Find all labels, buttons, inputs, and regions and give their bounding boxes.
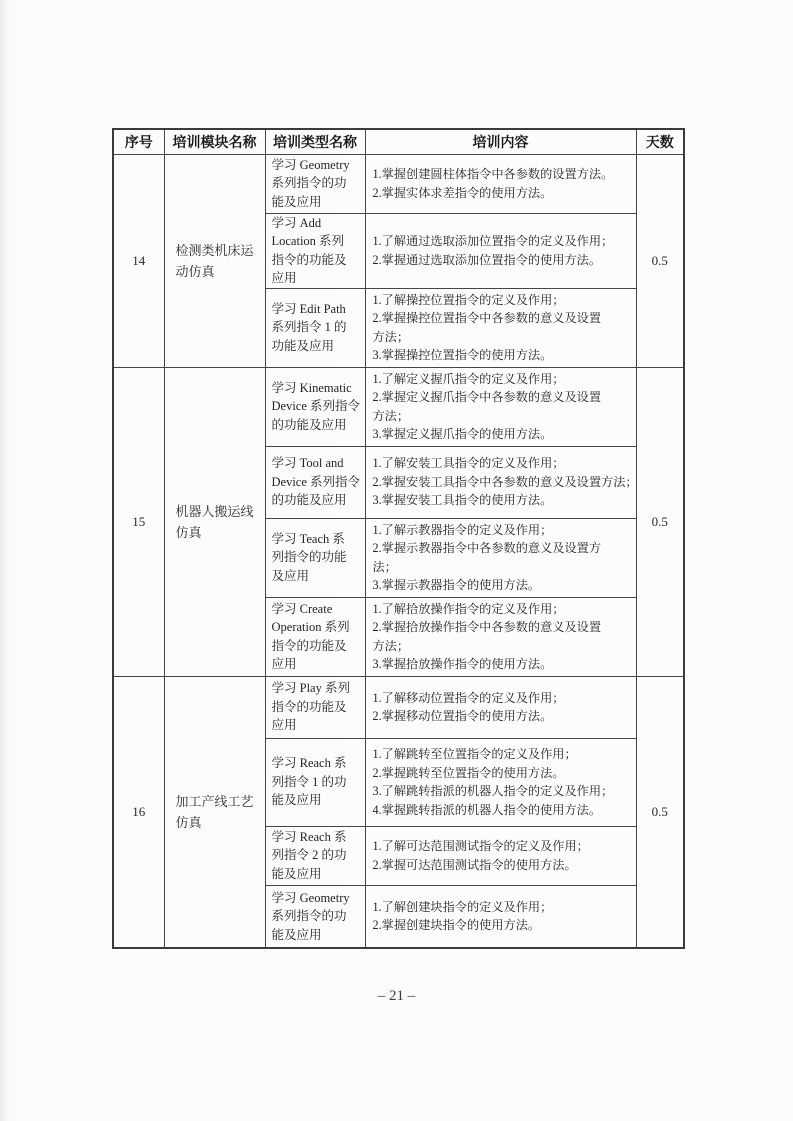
type-name: 学习 Geometry 系列指令的功 能及应用 bbox=[265, 885, 365, 948]
section-16-module-name: 加工产线工艺 仿真 bbox=[164, 676, 265, 948]
header-no: 序号 bbox=[113, 129, 164, 154]
type-name: 学习 Kinematic Device 系列指令 的功能及应用 bbox=[265, 367, 365, 446]
table-row: 14 检测类机床运 动仿真 学习 Geometry 系列指令的功 能及应用 1.… bbox=[113, 154, 684, 213]
type-name: 学习 Play 系列 指令的功能及 应用 bbox=[265, 676, 365, 738]
training-content: 1.了解可达范围测试指令的定义及作用； 2.掌握可达范围测试指令的使用方法。 bbox=[365, 826, 636, 885]
training-content: 1.了解移动位置指令的定义及作用； 2.掌握移动位置指令的使用方法。 bbox=[365, 676, 636, 738]
header-type: 培训类型名称 bbox=[265, 129, 365, 154]
type-name: 学习 Tool and Device 系列指令 的功能及应用 bbox=[265, 446, 365, 518]
type-name: 学习 Reach 系 列指令 1 的功 能及应用 bbox=[265, 738, 365, 826]
section-14-module-name: 检测类机床运 动仿真 bbox=[164, 154, 265, 367]
section-15-module-name: 机器人搬运线 仿真 bbox=[164, 367, 265, 676]
page-number: – 21 – bbox=[0, 988, 793, 1005]
section-14-days: 0.5 bbox=[636, 154, 684, 367]
header-module: 培训模块名称 bbox=[164, 129, 265, 154]
training-content: 1.掌握创建圆柱体指令中各参数的设置方法。 2.掌握实体求差指令的使用方法。 bbox=[365, 154, 636, 213]
type-name: 学习 Create Operation 系列 指令的功能及 应用 bbox=[265, 597, 365, 676]
header-days: 天数 bbox=[636, 129, 684, 154]
section-16-days: 0.5 bbox=[636, 676, 684, 948]
section-15-days: 0.5 bbox=[636, 367, 684, 676]
type-name: 学习 Add Location 系列 指令的功能及 应用 bbox=[265, 213, 365, 288]
training-content: 1.了解拾放操作指令的定义及作用； 2.掌握拾放操作指令中各参数的意义及设置 方… bbox=[365, 597, 636, 676]
table-header-row: 序号 培训模块名称 培训类型名称 培训内容 天数 bbox=[113, 129, 684, 154]
type-name: 学习 Geometry 系列指令的功 能及应用 bbox=[265, 154, 365, 213]
header-content: 培训内容 bbox=[365, 129, 636, 154]
training-content: 1.了解跳转至位置指令的定义及作用； 2.掌握跳转至位置指令的使用方法。 3.了… bbox=[365, 738, 636, 826]
training-table: 序号 培训模块名称 培训类型名称 培训内容 天数 14 检测类机床运 动仿真 学… bbox=[112, 128, 685, 949]
type-name: 学习 Reach 系 列指令 2 的功 能及应用 bbox=[265, 826, 365, 885]
table-row: 15 机器人搬运线 仿真 学习 Kinematic Device 系列指令 的功… bbox=[113, 367, 684, 446]
section-14-number: 14 bbox=[113, 154, 164, 367]
section-15-number: 15 bbox=[113, 367, 164, 676]
section-16-number: 16 bbox=[113, 676, 164, 948]
type-name: 学习 Teach 系 列指令的功能 及应用 bbox=[265, 518, 365, 597]
training-content: 1.了解操控位置指令的定义及作用； 2.掌握操控位置指令中各参数的意义及设置 方… bbox=[365, 288, 636, 367]
training-content: 1.了解创建块指令的定义及作用； 2.掌握创建块指令的使用方法。 bbox=[365, 885, 636, 948]
training-content: 1.了解定义握爪指令的定义及作用； 2.掌握定义握爪指令中各参数的意义及设置 方… bbox=[365, 367, 636, 446]
training-content: 1.了解通过选取添加位置指令的定义及作用； 2.掌握通过选取添加位置指令的使用方… bbox=[365, 213, 636, 288]
type-name: 学习 Edit Path 系列指令 1 的 功能及应用 bbox=[265, 288, 365, 367]
training-content: 1.了解示教器指令的定义及作用； 2.掌握示教器指令中各参数的意义及设置方 法；… bbox=[365, 518, 636, 597]
training-content: 1.了解安装工具指令的定义及作用； 2.掌握安装工具指令中各参数的意义及设置方法… bbox=[365, 446, 636, 518]
table-row: 16 加工产线工艺 仿真 学习 Play 系列 指令的功能及 应用 1.了解移动… bbox=[113, 676, 684, 738]
document-page: 序号 培训模块名称 培训类型名称 培训内容 天数 14 检测类机床运 动仿真 学… bbox=[0, 0, 793, 1121]
